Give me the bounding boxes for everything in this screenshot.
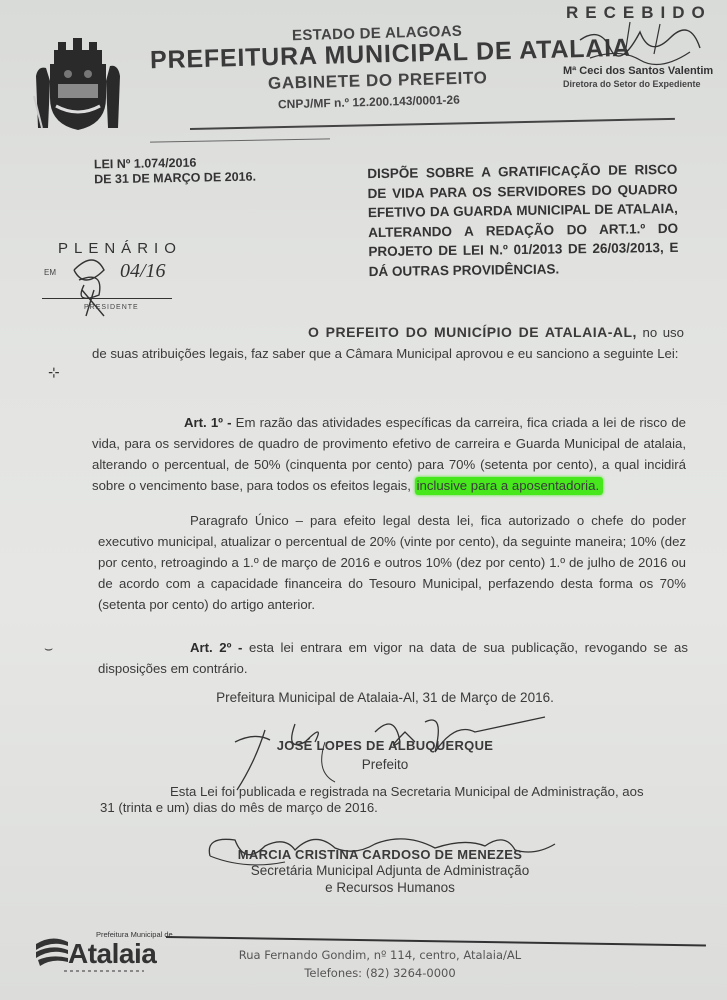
- plenario-prefix: EM: [44, 268, 56, 277]
- header-cnpj: CNPJ/MF n.º 12.200.143/0001-26: [278, 93, 460, 112]
- footer-divider: [166, 936, 706, 946]
- coat-of-arms-icon: [28, 36, 128, 136]
- paragrafo-unico: Paragrafo Único – para efeito legal dest…: [98, 510, 686, 615]
- header-divider: [190, 118, 675, 130]
- received-stamp-signer: Mª Ceci dos Santos Valentim: [563, 65, 713, 77]
- received-signature-icon: [570, 18, 710, 66]
- intro-bold: O PREFEITO DO MUNICÍPIO DE ATALAIA-AL,: [308, 324, 637, 340]
- document-page: ESTADO DE ALAGOAS PREFEITURA MUNICIPAL D…: [0, 0, 727, 1000]
- received-stamp-role: Diretora do Setor do Expediente: [563, 79, 701, 89]
- law-date: DE 31 DE MARÇO DE 2016.: [94, 170, 256, 188]
- mayor-name: JOSÉ LOPES DE ALBUQUERQUE: [230, 738, 540, 753]
- logo-tagline: [64, 970, 144, 972]
- secretary-role-line-2: e Recursos Humanos: [200, 880, 580, 895]
- law-identifier: LEI Nº 1.074/2016 DE 31 DE MARÇO DE 2016…: [94, 155, 256, 188]
- law-summary: DISPÕE SOBRE A GRATIFICAÇÃO DE RISCO DE …: [367, 160, 679, 281]
- logo-stripes-icon: [34, 932, 70, 966]
- article-2-label: Art. 2º -: [190, 640, 242, 655]
- plenario-date: 04/16: [120, 260, 166, 283]
- margin-mark: ⌣: [44, 640, 53, 657]
- logo-wordmark: Atalaia: [68, 938, 156, 970]
- header-prefeitura: PREFEITURA MUNICIPAL DE ATALAIA: [150, 34, 631, 76]
- publication-note: Esta Lei foi publicada e registrada na S…: [100, 784, 690, 816]
- footer-logo: Prefeitura Municipal de Atalaia: [34, 928, 154, 980]
- plenario-stamp: PLENÁRIO EM 04/16 PRESIDENTE: [42, 240, 192, 325]
- footer-address-block: Rua Fernando Gondim, nº 114, centro, Ata…: [230, 946, 530, 982]
- place-date: Prefeitura Municipal de Atalaia-Al, 31 d…: [160, 690, 610, 705]
- publication-line-1: Esta Lei foi publicada e registrada na S…: [100, 784, 690, 800]
- header-divider-secondary: [150, 138, 330, 142]
- paragrafo-unico-text: Paragrafo Único – para efeito legal dest…: [98, 513, 686, 612]
- article-1-highlight: inclusive para a aposentadoria.: [415, 477, 604, 495]
- article-1-label: Art. 1º -: [184, 415, 232, 430]
- margin-mark: ⊹: [48, 364, 60, 381]
- publication-line-2: 31 (trinta e um) dias do mês de março de…: [100, 800, 690, 816]
- article-2: Art. 2º - esta lei entrara em vigor na d…: [98, 637, 688, 679]
- intro-paragraph: O PREFEITO DO MUNICÍPIO DE ATALAIA-AL, n…: [92, 322, 684, 364]
- plenario-signature-icon: [64, 250, 124, 318]
- secretary-role-line-1: Secretária Municipal Adjunta de Administ…: [200, 863, 580, 878]
- secretary-name: MARCIA CRISTINA CARDOSO DE MENEZES: [200, 847, 560, 862]
- article-1: Art. 1º - Em razão das atividades especí…: [92, 412, 686, 496]
- footer-phone: Telefones: (82) 3264-0000: [230, 964, 530, 982]
- footer-address: Rua Fernando Gondim, nº 114, centro, Ata…: [230, 946, 530, 964]
- article-2-text: esta lei entrara em vigor na data de sua…: [98, 640, 688, 676]
- mayor-role: Prefeito: [230, 757, 540, 772]
- header-gabinete: GABINETE DO PREFEITO: [268, 68, 488, 94]
